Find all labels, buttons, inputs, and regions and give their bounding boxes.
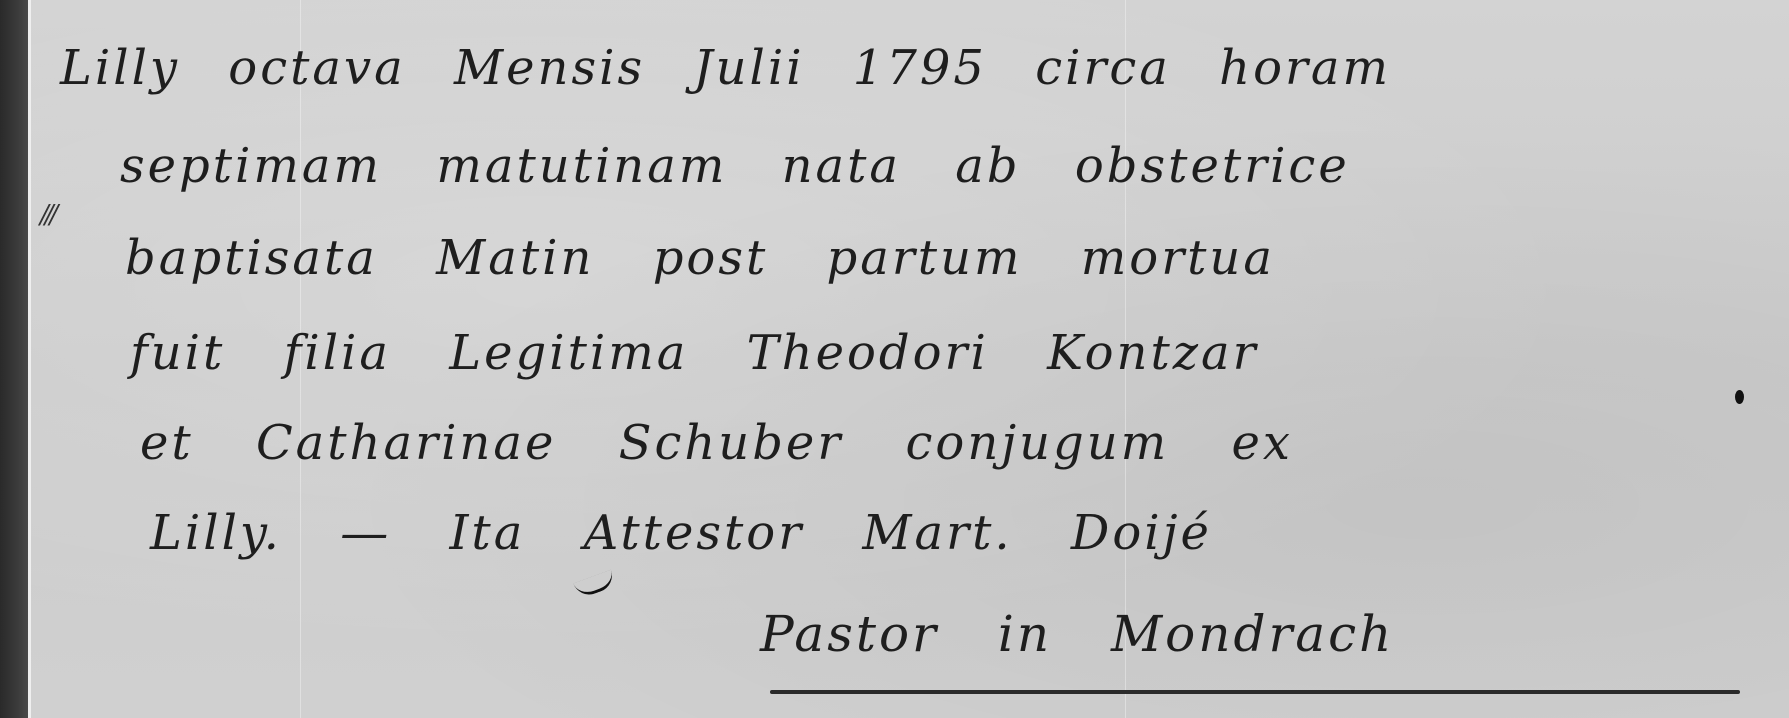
ink-dot (1735, 390, 1744, 404)
ink-stroke (573, 570, 616, 600)
text-line-4: fuit filia Legitima Theodori Kontzar (130, 325, 1259, 381)
text-line-5: et Catharinae Schuber conjugum ex (140, 415, 1293, 471)
text-line-1: Lilly octava Mensis Julii 1795 circa hor… (60, 40, 1391, 96)
page-binding-edge (0, 0, 28, 718)
text-line-2: septimam matutinam nata ab obstetrice (120, 138, 1350, 194)
margin-mark: /// (40, 200, 54, 230)
text-line-6: Lilly. — Ita Attestor Mart. Doijé (150, 505, 1212, 561)
signature-underline (770, 690, 1740, 694)
text-line-3: baptisata Matin post partum mortua (125, 230, 1275, 286)
manuscript-page: /// Lilly octava Mensis Julii 1795 circa… (0, 0, 1789, 718)
signature-line: Pastor in Mondrach (760, 605, 1394, 663)
